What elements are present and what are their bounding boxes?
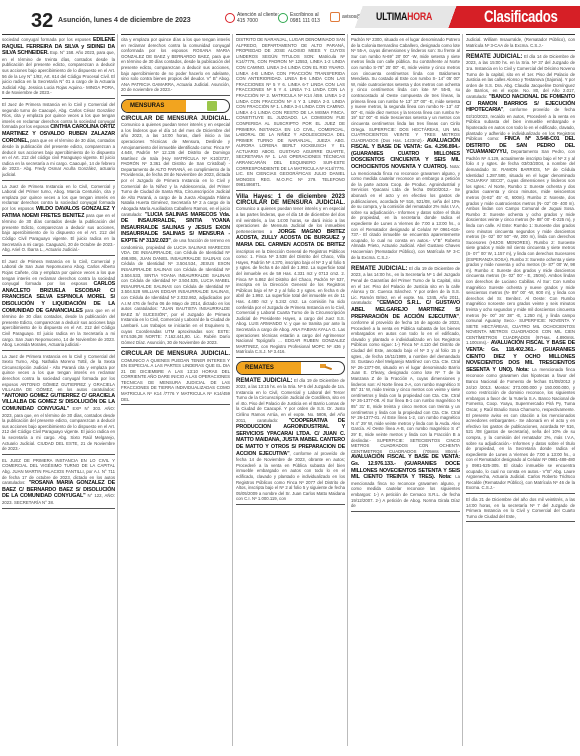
notice: El Juez de Primera Instancia en lo Civil… bbox=[2, 259, 115, 351]
contact-value: 415 7000 bbox=[237, 18, 258, 24]
classifieds-columns: sociedad conyugal formada por los espose… bbox=[2, 34, 580, 750]
map-icon bbox=[207, 101, 217, 111]
column-1: sociedad conyugal formada por los espose… bbox=[2, 34, 115, 746]
column-6: Judicial. William Insaurralde, (Rematado… bbox=[462, 34, 575, 746]
notice: Villa Hayes: 1 de diciembre 2023 CIRCULA… bbox=[236, 194, 345, 358]
column-2: cita y emplaza por quince días a los que… bbox=[117, 34, 230, 746]
page-number: 32 bbox=[31, 10, 53, 33]
notice: REMATE JUDICIAL: El día 19 de Diciembre … bbox=[351, 266, 460, 512]
notice: La Juez de Primera Instancia en lo Civil… bbox=[2, 354, 115, 455]
notice: El Juez de Primera Instancia en lo Civil… bbox=[2, 102, 115, 181]
notice: DISTRITO DE NARANJAL, LUGAR DENOMINADO S… bbox=[236, 37, 345, 191]
notice: EL JUEZ DE PRIMERA INSTANCIA EN LO CIVIL… bbox=[2, 458, 115, 509]
section-banner-mensuras: MENSURAS bbox=[121, 99, 230, 113]
divider bbox=[351, 34, 460, 35]
notice: CIRCULAR DE MENSURA JUDICIAL. COMUNICO A… bbox=[121, 351, 230, 405]
notice: REMATE JUDICIAL: El día 14 de Diciembre … bbox=[466, 54, 575, 494]
column-4: Padrón Nº 2300, situado en el lugar deno… bbox=[347, 34, 460, 746]
mail-icon bbox=[330, 12, 340, 22]
whatsapp-icon bbox=[278, 13, 288, 23]
contact-whatsapp[interactable]: Escríbinos al0981 111 013 bbox=[278, 12, 320, 24]
section-banner-label: REMATES bbox=[237, 362, 301, 374]
divider bbox=[236, 34, 345, 35]
notice: Padrón Nº 2300, situado en el lugar deno… bbox=[351, 37, 460, 263]
notice: CIRCULAR DE MENSURA JUDICIAL. Comunico a… bbox=[121, 116, 230, 348]
phone-icon bbox=[225, 13, 235, 23]
notice: cita y emplaza por quince días a los que… bbox=[121, 37, 230, 96]
page-header: 32 Asunción, lunes 4 de diciembre de 202… bbox=[0, 0, 580, 32]
publication-date: Asunción, lunes 4 de diciembre de 2023 bbox=[58, 17, 191, 24]
section-banner-label: MENSURAS bbox=[122, 100, 186, 112]
section-title: Clasificados bbox=[484, 7, 557, 27]
notice: REMATE JUDICIAL: El día 19 de Diciembre … bbox=[236, 378, 345, 505]
divider bbox=[2, 34, 115, 35]
notice: sociedad conyugal formada por los espose… bbox=[2, 37, 115, 99]
divider bbox=[121, 34, 230, 35]
brand-logo-part-b: HORA bbox=[407, 11, 432, 23]
contact-phone[interactable]: Atención al cliente:415 7000 bbox=[225, 12, 279, 24]
notice: El día 21 de Diciembre del año dos mil v… bbox=[466, 497, 575, 522]
gavel-icon bbox=[320, 364, 332, 372]
brand-logo-part-a: ULTIMA bbox=[376, 11, 407, 23]
notice: La Juez de Primera Instancia en lo Civil… bbox=[2, 184, 115, 256]
contact-value: 0981 111 013 bbox=[290, 18, 320, 24]
brand-logo: ULTIMAHORA bbox=[376, 11, 432, 23]
section-banner-remates: REMATES bbox=[236, 361, 345, 375]
column-3: DISTRITO DE NARANJAL, LUGAR DENOMINADO S… bbox=[232, 34, 345, 746]
divider bbox=[466, 34, 575, 35]
notice: Judicial. William Insaurralde, (Rematado… bbox=[466, 37, 575, 51]
